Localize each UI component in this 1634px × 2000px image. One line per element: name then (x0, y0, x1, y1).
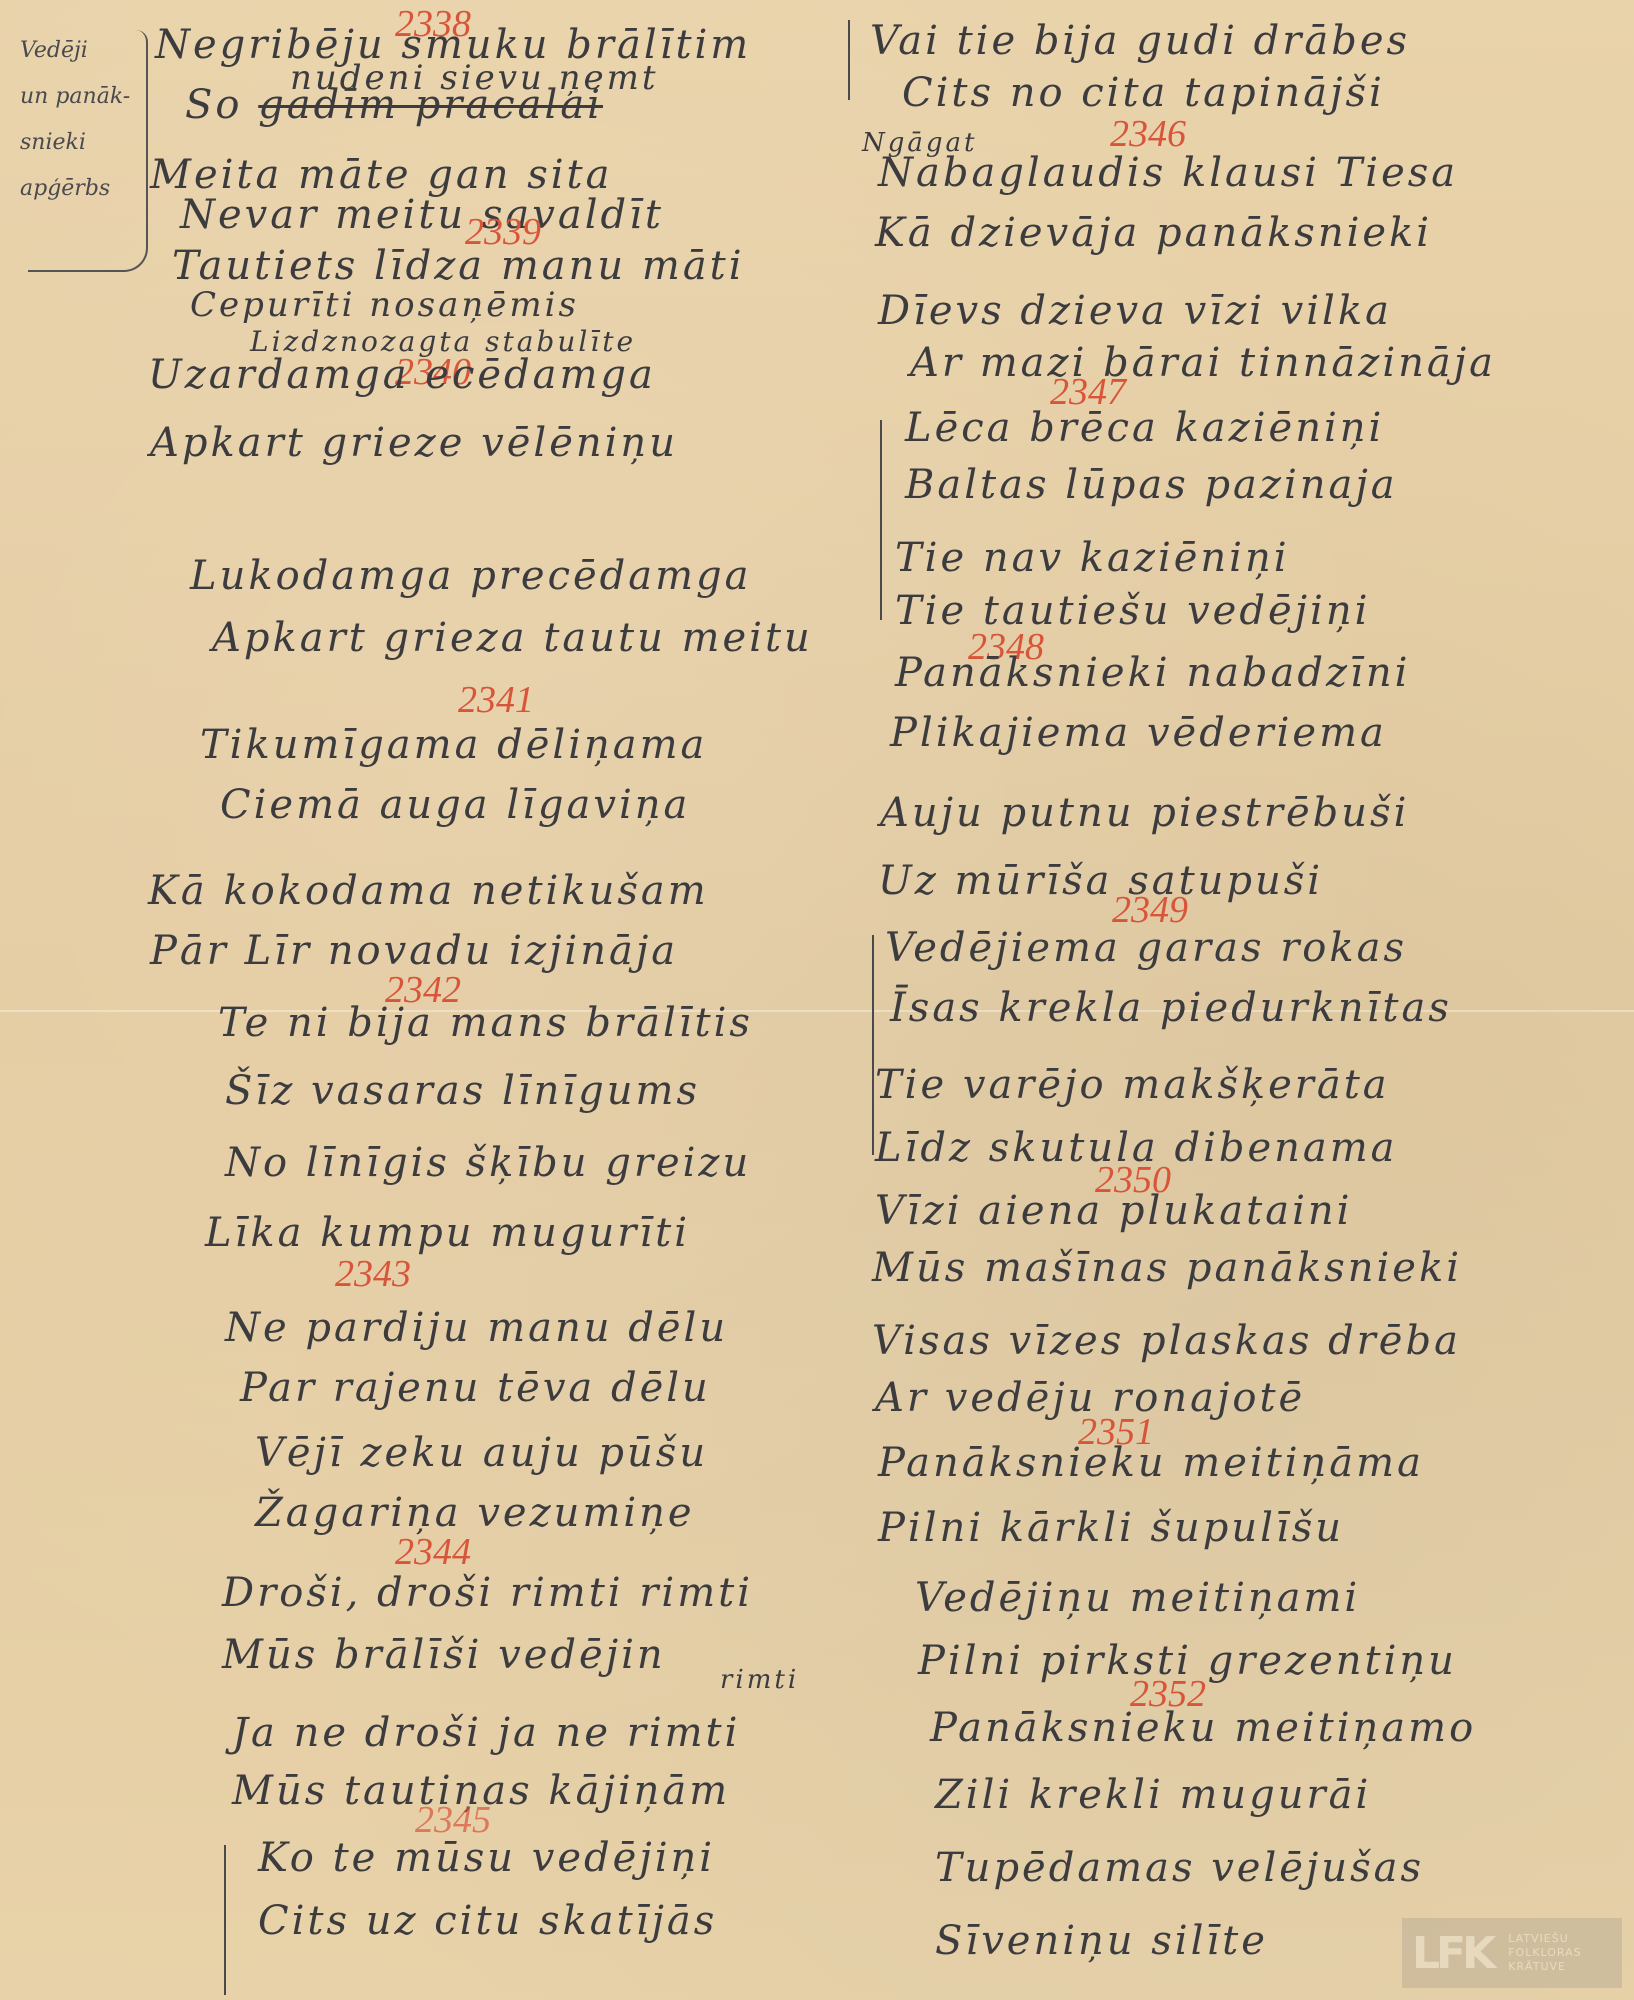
song-line: Uz mūrīša satupuši (878, 858, 1323, 904)
song-line: Panāksnieku meitiņāma (878, 1440, 1424, 1486)
song-line: Kā kokodama netikušam (148, 868, 709, 914)
song-line: Lēca brēca kaziēniņi (905, 405, 1384, 451)
song-line: No līnīgis šķību greizu (225, 1140, 751, 1186)
song-line: Te ni bija mans brālītis (218, 1000, 753, 1046)
song-line: Tupēdamas velējušas (935, 1845, 1424, 1891)
archive-name-line: FOLKLORAS (1508, 1946, 1581, 1960)
song-line: Par rajenu tēva dēlu (240, 1365, 711, 1411)
song-line: Īsas krekla piedurknītas (890, 985, 1452, 1031)
song-line: Cits no cita tapinājši (902, 70, 1385, 116)
song-line: Nabaglaudis klausi Tiesa (878, 150, 1458, 196)
song-line: Uzardamga ecēdamga (148, 352, 656, 398)
song-line: Šīz vasaras līnīgums (225, 1068, 700, 1114)
song-number: 2341 (458, 678, 534, 722)
song-line: Nevar meitu savaldīt (180, 192, 664, 238)
song-line: Mūs brālīši vedējin (222, 1632, 666, 1678)
song-line: Žagariņa vezumiņe (255, 1490, 695, 1536)
song-line: Mūs mašīnas panāksnieki (872, 1245, 1462, 1291)
margin-note-line: snieki (20, 120, 160, 166)
archive-name: LATVIEŠU FOLKLORAS KRĀTUVE (1492, 1932, 1581, 1974)
song-line: Tikumīgama dēliņama (200, 722, 707, 768)
song-line: Apkart grieze vēlēniņu (150, 420, 678, 466)
song-line: Ar mazi bārai tinnāzināja (910, 340, 1496, 386)
song-line: Ja ne droši ja ne rimti (232, 1710, 740, 1756)
song-line: Tie tautiešu vedējiņi (895, 588, 1370, 634)
song-number: 2344 (395, 1530, 471, 1574)
song-line: Ko te mūsu vedējiņi (258, 1835, 715, 1881)
song-line: Dīevs dzieva vīzi vilka (878, 288, 1392, 334)
song-line: Vējī zeku auju pūšu (255, 1430, 708, 1476)
song-line: Plikajiema vēderiema (890, 710, 1387, 756)
song-line: Kā dzievāja panāksnieki (875, 210, 1432, 256)
manuscript-page: Vedēji un panāk- snieki apģērbs 2338 Neg… (0, 0, 1634, 2000)
song-line: Ciemā auga līgaviņa (220, 782, 690, 828)
archive-name-line: LATVIEŠU (1508, 1932, 1581, 1946)
song-line: Pilni kārkli šupulīšu (878, 1505, 1344, 1551)
song-line: Panāksnieku meitiņamo (930, 1705, 1476, 1751)
lfk-logo-icon: LFK (1402, 1928, 1492, 1979)
margin-bracket-line (224, 1845, 226, 1995)
song-line: Lukodamga precēdamga (190, 553, 752, 599)
struck-text: gadīm pracalai (258, 82, 603, 128)
margin-note-line: apģērbs (20, 166, 160, 212)
archive-name-line: KRĀTUVE (1508, 1960, 1581, 1974)
margin-note: Vedēji un panāk- snieki apģērbs (20, 28, 160, 212)
archive-watermark-logo: LFK LATVIEŠU FOLKLORAS KRĀTUVE (1402, 1918, 1622, 1988)
song-line: Līka kumpu mugurīti (205, 1210, 690, 1256)
song-line: Tautiets līdza manu māti (172, 243, 745, 289)
song-line: Apkart grieza tautu meitu (212, 615, 813, 661)
song-line: Vīzi aiena plukataini (875, 1188, 1352, 1234)
song-line: Sīveniņu silīte (935, 1918, 1268, 1964)
song-line: Ne pardiju manu dēlu (225, 1305, 728, 1351)
song-line: So gadīm pracalai (185, 82, 603, 128)
song-line: Droši, droši rimti rimti (222, 1570, 753, 1616)
song-line: Tie varējo makšķerāta (875, 1062, 1390, 1108)
margin-note-line: Vedēji (20, 28, 160, 74)
song-number: 2343 (335, 1252, 411, 1296)
margin-bracket-line (880, 420, 882, 620)
song-line: Vedējiema garas rokas (885, 925, 1407, 971)
song-line: Cepurīti nosaņēmis (190, 285, 579, 325)
song-line: Vedējiņu meitiņami (915, 1575, 1360, 1621)
song-line: Vai tie bija gudi drābes (870, 18, 1410, 64)
song-line: Auju putnu piestrēbuši (880, 790, 1409, 836)
song-line: Tie nav kaziēniņi (895, 535, 1290, 581)
song-line: Baltas lūpas pazinaja (905, 462, 1398, 508)
song-line: Zili krekli mugurāi (935, 1772, 1371, 1818)
song-line: Visas vīzes plaskas drēba (872, 1318, 1461, 1364)
song-line: Panāksnieki nabadzīni (895, 650, 1410, 696)
song-line: Cits uz citu skatījās (258, 1898, 717, 1944)
margin-note-line: un panāk- (20, 74, 160, 120)
margin-bracket-line (872, 935, 874, 1155)
margin-bracket-line (848, 20, 850, 100)
song-line-insertion: rimti (720, 1665, 799, 1695)
